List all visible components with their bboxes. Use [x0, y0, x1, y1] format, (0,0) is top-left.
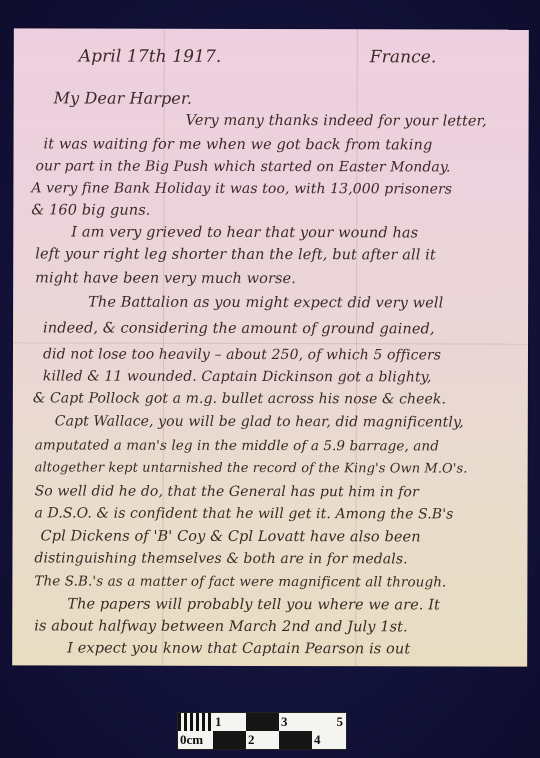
letter-line: I expect you know that Captain Pearson i…: [67, 640, 410, 657]
letter-line: amputated a man's leg in the middle of a…: [35, 437, 439, 454]
letter-place: France.: [370, 47, 437, 67]
scale-label: [279, 731, 312, 749]
letter-line: Capt Wallace, you will be glad to hear, …: [55, 413, 464, 430]
letter-line: is about halfway between March 2nd and J…: [34, 618, 408, 635]
scale-label: 3: [279, 713, 312, 731]
letter-line: Very many thanks indeed for your letter,: [186, 113, 487, 130]
scale-mm-ticks: [178, 713, 213, 731]
letter-line: might have been very much worse.: [35, 270, 296, 287]
letter-line: left your right leg shorter than the lef…: [35, 246, 436, 263]
scale-label: 1: [213, 713, 246, 731]
letter-page: April 17th 1917. France. My Dear Harper.…: [12, 28, 529, 666]
letter-line: The S.B.'s as a matter of fact were magn…: [34, 573, 446, 590]
letter-line: killed & 11 wounded. Captain Dickinson g…: [43, 368, 432, 385]
letter-line: & Capt Pollock got a m.g. bullet across …: [33, 390, 446, 407]
letter-line: did not lose too heavily – about 250, of…: [43, 346, 441, 363]
letter-line: it was waiting for me when we got back f…: [44, 136, 433, 153]
letter-line: I am very grieved to hear that your woun…: [71, 224, 418, 241]
letter-date: April 17th 1917.: [79, 46, 222, 66]
scale-label: [213, 731, 246, 749]
fold-line-horizontal: [13, 342, 528, 344]
scale-bar: 1 3 5 0cm 2 4: [177, 712, 347, 750]
scale-label: [246, 713, 279, 731]
letter-line: a D.S.O. & is confident that he will get…: [35, 505, 454, 522]
scale-label: 4: [312, 731, 346, 749]
letter-line: & 160 big guns.: [31, 202, 150, 218]
scale-label: 0cm: [178, 731, 213, 749]
letter-line: Cpl Dickens of 'B' Coy & Cpl Lovatt have…: [40, 528, 420, 545]
letter-line: The Battalion as you might expect did ve…: [88, 295, 443, 312]
letter-line: altogether kept untarnished the record o…: [35, 460, 468, 476]
letter-line: The papers will probably tell you where …: [67, 596, 440, 613]
scale-label: 2: [246, 731, 279, 749]
letter-line: distinguishing themselves & both are in …: [34, 550, 407, 567]
letter-line: So well did he do, that the General has …: [35, 483, 419, 500]
letter-line: A very fine Bank Holiday it was too, wit…: [31, 180, 452, 197]
letter-line: our part in the Big Push which started o…: [35, 158, 450, 175]
scale-label: 5: [312, 713, 346, 731]
letter-salutation: My Dear Harper.: [54, 88, 192, 107]
letter-line: indeed, & considering the amount of grou…: [43, 320, 435, 337]
